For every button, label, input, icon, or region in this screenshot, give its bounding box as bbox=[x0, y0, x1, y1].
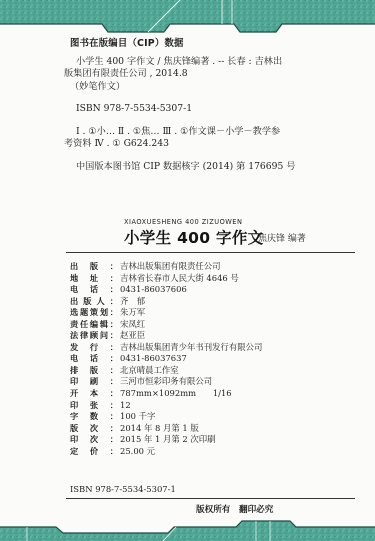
colophon-value: 2014 年 8 月第 1 版 bbox=[118, 423, 199, 435]
colophon-row: 法律顾问：赵亚臣 bbox=[70, 330, 262, 342]
colophon-row: 定价：25.00 元 bbox=[70, 446, 262, 458]
colophon-row: 电话：0431-86037606 bbox=[70, 284, 262, 296]
colophon-value: 0431-86037606 bbox=[118, 284, 187, 296]
colophon-value: 787mm×1092mm 1/16 bbox=[118, 388, 232, 400]
colophon-key: 法律顾问： bbox=[70, 330, 118, 342]
cip-entry-line-1: 小学生 400 字作文 / 焦庆锋编著 . -- 长春 : 吉林出 bbox=[70, 56, 360, 69]
colophon-row: 电话：0431-86037637 bbox=[70, 353, 262, 365]
bottom-decorative-band bbox=[0, 518, 375, 541]
colophon-row: 出版：吉林出版集团有限责任公司 bbox=[70, 261, 262, 273]
colophon-value: 赵亚臣 bbox=[118, 330, 145, 342]
colophon-row: 开本：787mm×1092mm 1/16 bbox=[70, 388, 262, 400]
colophon-key: 电话： bbox=[70, 284, 118, 296]
divider-bottom bbox=[66, 498, 355, 499]
pinyin-title: XIAOXUESHENG 400 ZIZUOWEN bbox=[124, 218, 242, 226]
colophon-value: 吉林省长春市人民大街 4646 号 bbox=[118, 273, 239, 285]
colophon-key: 印刷： bbox=[70, 376, 118, 388]
colophon-row: 选题策划：朱万军 bbox=[70, 307, 262, 319]
colophon-key: 出版： bbox=[70, 261, 118, 273]
cip-isbn: ISBN 978-7-5534-5307-1 bbox=[70, 103, 360, 116]
colophon-row: 地址：吉林省长春市人民大街 4646 号 bbox=[70, 273, 262, 285]
colophon-key: 选题策划： bbox=[70, 307, 118, 319]
colophon-key: 地址： bbox=[70, 273, 118, 285]
colophon-key: 版次： bbox=[70, 423, 118, 435]
colophon-row: 字数：100 千字 bbox=[70, 411, 262, 423]
colophon-value: 朱万军 bbox=[118, 307, 145, 319]
colophon-key: 出版人： bbox=[70, 296, 118, 308]
colophon-value: 0431-86037637 bbox=[118, 353, 187, 365]
colophon-value: 2015 年 1 月第 2 次印刷 bbox=[118, 434, 216, 446]
colophon-value: 100 千字 bbox=[118, 411, 155, 423]
colophon-key: 责任编辑： bbox=[70, 319, 118, 331]
colophon-key: 字数： bbox=[70, 411, 118, 423]
colophon-value: 12 bbox=[118, 400, 131, 412]
colophon-key: 排版： bbox=[70, 365, 118, 377]
colophon-key: 电话： bbox=[70, 353, 118, 365]
book-author: 焦庆锋 编著 bbox=[258, 231, 306, 244]
colophon-row: 责任编辑：宋凤红 bbox=[70, 319, 262, 331]
colophon-value: 25.00 元 bbox=[118, 446, 155, 458]
cip-number: 中国版本图书馆 CIP 数据核字 (2014) 第 176695 号 bbox=[70, 161, 360, 174]
cip-classification-line-2: 考资料 Ⅳ . ① G624.243 bbox=[64, 138, 360, 151]
colophon-value: 齐 郁 bbox=[118, 296, 145, 308]
copyright-notice: 版权所有 翻印必究 bbox=[196, 503, 273, 515]
cip-series: （妙笔作文） bbox=[70, 81, 360, 94]
colophon-key: 印张： bbox=[70, 400, 118, 412]
divider-top bbox=[66, 252, 355, 253]
colophon-key: 印次： bbox=[70, 434, 118, 446]
isbn-bottom: ISBN 978-7-5534-5307-1 bbox=[70, 484, 176, 494]
colophon-row: 印刷：三河市恒彩印务有限公司 bbox=[70, 376, 262, 388]
colophon-value: 吉林出版集团青少年书刊发行有限公司 bbox=[118, 342, 262, 354]
colophon-row: 印张：12 bbox=[70, 400, 262, 412]
colophon-value: 宋凤红 bbox=[118, 319, 145, 331]
colophon-list: 出版：吉林出版集团有限责任公司地址：吉林省长春市人民大街 4646 号电话：04… bbox=[70, 261, 262, 457]
colophon-row: 版次：2014 年 8 月第 1 版 bbox=[70, 423, 262, 435]
cip-classification-line-1: Ⅰ . ①小… Ⅱ . ①焦… Ⅲ . ①作文课－小学－教学参 bbox=[70, 126, 360, 139]
colophon-key: 开本： bbox=[70, 388, 118, 400]
colophon-key: 定价： bbox=[70, 446, 118, 458]
colophon-row: 出版人：齐 郁 bbox=[70, 296, 262, 308]
colophon-key: 发行： bbox=[70, 342, 118, 354]
book-title: 小学生 400 字作文 bbox=[124, 226, 263, 248]
colophon-row: 印次：2015 年 1 月第 2 次印刷 bbox=[70, 434, 262, 446]
cip-entry-line-2: 版集团有限责任公司 , 2014.8 bbox=[64, 68, 360, 81]
colophon-value: 三河市恒彩印务有限公司 bbox=[118, 376, 212, 388]
cip-heading: 图书在版编目（CIP）数据 bbox=[70, 38, 360, 51]
colophon-value: 吉林出版集团有限责任公司 bbox=[118, 261, 221, 273]
colophon-value: 北京晴晨工作室 bbox=[118, 365, 179, 377]
colophon-row: 排版：北京晴晨工作室 bbox=[70, 365, 262, 377]
top-decorative-band bbox=[0, 0, 375, 34]
colophon-row: 发行：吉林出版集团青少年书刊发行有限公司 bbox=[70, 342, 262, 354]
cip-data-block: 图书在版编目（CIP）数据 小学生 400 字作文 / 焦庆锋编著 . -- 长… bbox=[70, 38, 360, 173]
